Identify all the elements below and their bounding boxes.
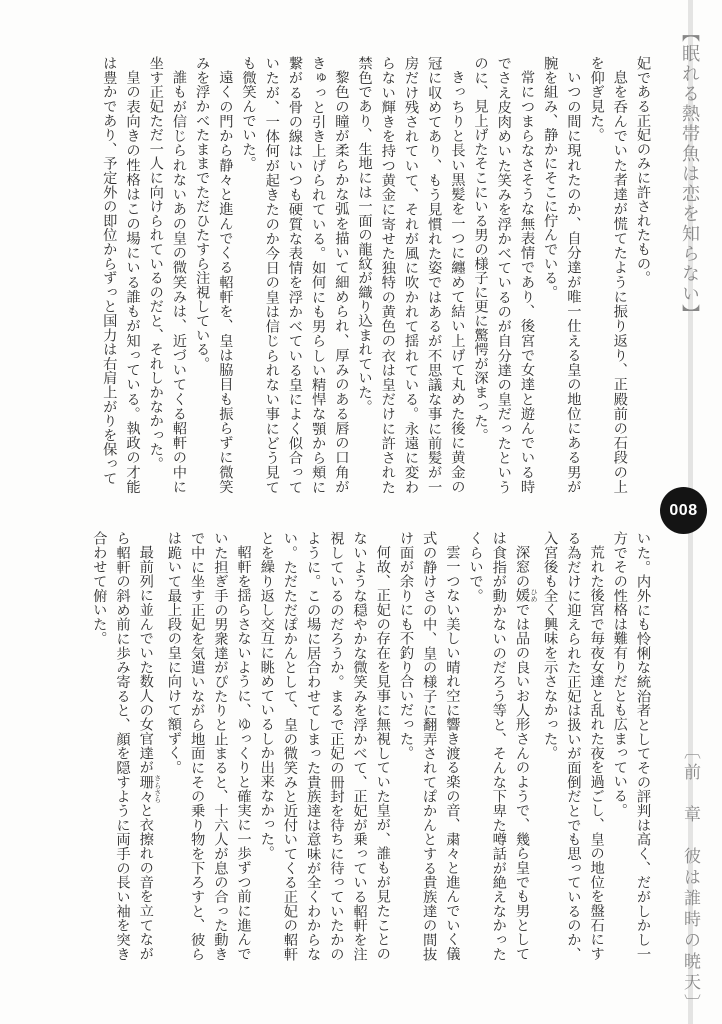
furigana-annotation: 珊々さらさら [138, 775, 154, 804]
paragraph: 最前列に並んでいた数人の女官達が珊々さらさらと衣擦れの音を立てながら軺軒の斜め前… [87, 531, 162, 961]
book-page: 【眠れる熱帯魚は恋を知らない】 008 〔前 章 彼は誰時の暁天〕 妃である正妃… [0, 0, 722, 1024]
paragraph: きっちりと長い黒髪を一つに纏めて結い上げて丸めた後に黄金の冠に収めてあり、もう見… [352, 56, 468, 494]
paragraph: 息を呑んでいた者達が慌てたように振り返り、正殿前の石段の上を仰ぎ見た。 [584, 56, 630, 494]
running-head-book-title: 【眠れる熱帯魚は恋を知らない】 [681, 24, 699, 324]
page-number: 008 [669, 502, 697, 520]
paragraph: 雲一つない美しい晴れ空に響き渡る楽の音、粛々と進んでいく儀式の静けさの中、皇の様… [394, 531, 464, 961]
paragraph: 深窓の媛ひめでは品の良いお人形さんのようで、幾ら皇でも男としては食指が動かないの… [463, 531, 538, 961]
paragraph: 誰もが信じられないあの皇の微笑みは、近づいてくる軺軒の中に坐す正妃ただ一人に向け… [144, 56, 190, 494]
text-block-lower: いた。内外にも怜悧な統治者としてその評判は高く、だがしかし一方でその性格は難有り… [97, 531, 654, 961]
paragraph: 軺軒を揺らさないように、ゆっくりと確実に一歩ずつ前に進んでいた担ぎ手の男衆達がぴ… [162, 531, 255, 961]
paragraph: いつの間に現れたのか、自分達が唯一仕える皇の地位にある男が腕を組み、静かにそこに… [538, 56, 584, 494]
page-number-badge: 008 [660, 487, 707, 534]
paragraph: いた。内外にも怜悧な統治者としてその評判は高く、だがしかし一方でその性格は難有り… [608, 531, 654, 961]
furigana-annotation: 媛ひめ [514, 588, 530, 602]
paragraph: 常につまらなさそうな無表情であり、後宮で女達と遊んでいる時でさえ皮肉めいた笑みを… [468, 56, 538, 494]
paragraph: 何故、正妃の存在を見事に無視していた皇が、誰もが見たことのないような穏やかな微笑… [255, 531, 394, 961]
text-block-upper: 妃である正妃のみに許されたもの。息を呑んでいた者達が慌てたように振り返り、正殿前… [97, 56, 654, 494]
paragraph: 遠くの門から静々と進んでくる軺軒を、皇は脇目も振らずに微笑みを浮かべたままでただ… [190, 56, 236, 494]
paragraph: 皇の表向きの性格はこの場にいる誰もが知っている。執政の才能は豊かであり、予定外の… [97, 56, 143, 494]
paragraph: 荒れた後宮で毎夜女達と乱れた夜を過ごし、皇の地位を盤石にする為だけに迎えられた正… [538, 531, 608, 961]
paragraph: 妃である正妃のみに許されたもの。 [631, 56, 654, 494]
paragraph: 黎色の瞳が柔らかな弧を描いて細められ、厚みのある唇の口角がきゅっと引き上げられて… [236, 56, 352, 494]
chapter-title: 〔前 章 彼は誰時の暁天〕 [682, 742, 699, 1015]
